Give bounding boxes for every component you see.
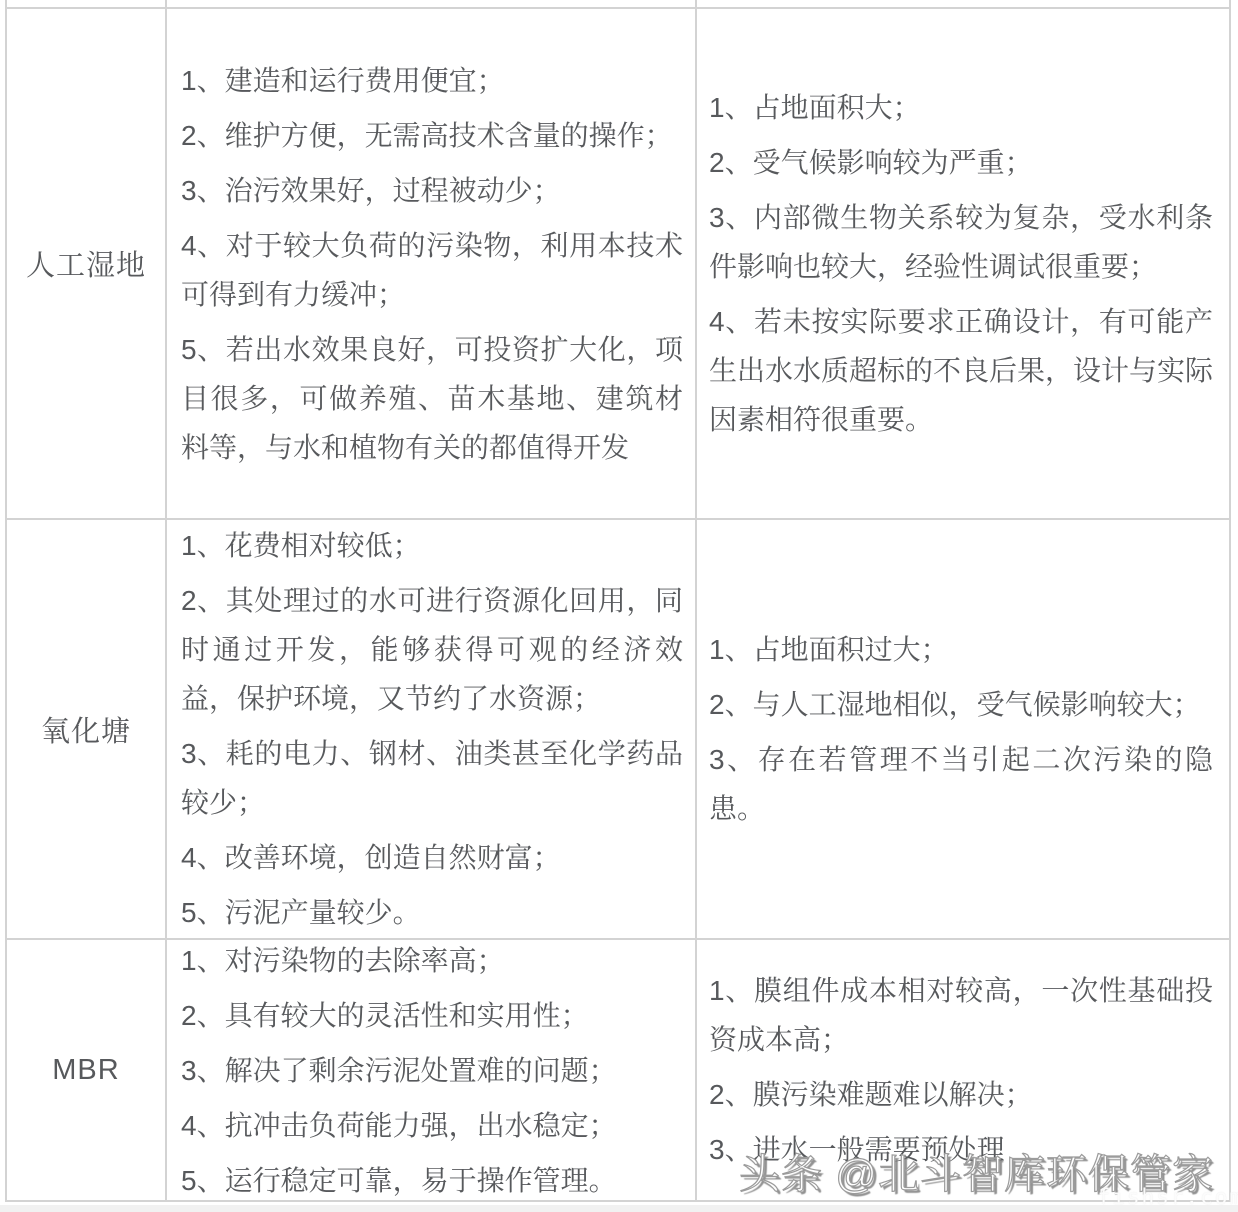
table-row-constructed-wetland: 人工湿地 1、建造和运行费用便宜；2、维护方便，无需高技术含量的操作；3、治污效…: [7, 9, 1229, 518]
disadvantages-cell: 1、占地面积过大；2、与人工湿地相似，受气候影响较大；3、存在若管理不当引起二次…: [695, 520, 1229, 938]
method-label: 人工湿地: [26, 243, 146, 284]
list-item: 1、占地面积过大；: [709, 625, 1213, 674]
list-item: 2、其处理过的水可进行资源化回用，同时通过开发，能够获得可观的经济效益，保护环境…: [181, 576, 683, 723]
list-item: 4、改善环境，创造自然财富；: [181, 833, 683, 882]
list-item: 2、受气候影响较为严重；: [709, 138, 1213, 187]
list-item: 5、污泥产量较少。: [181, 888, 683, 937]
list-item: 5、若出水效果良好，可投资扩大化，项目很多，可做养殖、苗木基地、建筑材料等，与水…: [181, 325, 683, 472]
list-item: 1、花费相对较低；: [181, 521, 683, 570]
list-item: 2、与人工湿地相似，受气候影响较大；: [709, 680, 1213, 729]
list-item: 1、膜组件成本相对较高，一次性基础投资成本高；: [709, 966, 1213, 1064]
list-item: 1、占地面积大；: [709, 83, 1213, 132]
comparison-table: 人工湿地 1、建造和运行费用便宜；2、维护方便，无需高技术含量的操作；3、治污效…: [5, 7, 1231, 1202]
list-item: 2、具有较大的灵活性和实用性；: [181, 991, 683, 1040]
table-row-oxidation-pond: 氧化塘 1、花费相对较低；2、其处理过的水可进行资源化回用，同时通过开发，能够获…: [7, 518, 1229, 938]
advantages-cell: 1、建造和运行费用便宜；2、维护方便，无需高技术含量的操作；3、治污效果好，过程…: [165, 9, 695, 518]
method-cell: MBR: [7, 940, 165, 1200]
site-watermark: fishsr.com: [1098, 1185, 1238, 1209]
list-item: 4、若未按实际要求正确设计，有可能产生出水水质超标的不良后果，设计与实际因素相符…: [709, 297, 1213, 444]
list-item: 3、耗的电力、钢材、油类甚至化学药品较少；: [181, 729, 683, 827]
list-item: 2、膜污染难题难以解决；: [709, 1070, 1213, 1119]
disadvantages-cell: 1、占地面积大；2、受气候影响较为严重；3、内部微生物关系较为复杂，受水利条件影…: [695, 9, 1229, 518]
list-item: 4、对于较大负荷的污染物，利用本技术可得到有力缓冲；: [181, 221, 683, 319]
method-label: 氧化塘: [41, 709, 131, 750]
page: 人工湿地 1、建造和运行费用便宜；2、维护方便，无需高技术含量的操作；3、治污效…: [0, 0, 1238, 1212]
method-cell: 氧化塘: [7, 520, 165, 938]
list-item: 3、存在若管理不当引起二次污染的隐患。: [709, 735, 1213, 833]
method-cell: 人工湿地: [7, 9, 165, 518]
list-item: 3、治污效果好，过程被动少；: [181, 166, 683, 215]
list-item: 3、内部微生物关系较为复杂，受水利条件影响也较大，经验性调试很重要；: [709, 193, 1213, 291]
list-item: 5、运行稳定可靠，易于操作管理。: [181, 1156, 683, 1205]
list-item: 3、解决了剩余污泥处置难的问题；: [181, 1046, 683, 1095]
method-label: MBR: [52, 1054, 119, 1087]
list-item: 1、对污染物的去除率高；: [181, 936, 683, 985]
advantages-cell: 1、对污染物的去除率高；2、具有较大的灵活性和实用性；3、解决了剩余污泥处置难的…: [165, 940, 695, 1200]
list-item: 2、维护方便，无需高技术含量的操作；: [181, 111, 683, 160]
advantages-cell: 1、花费相对较低；2、其处理过的水可进行资源化回用，同时通过开发，能够获得可观的…: [165, 520, 695, 938]
bottom-strip: [0, 1205, 1238, 1212]
list-item: 1、建造和运行费用便宜；: [181, 56, 683, 105]
list-item: 4、抗冲击负荷能力强，出水稳定；: [181, 1101, 683, 1150]
